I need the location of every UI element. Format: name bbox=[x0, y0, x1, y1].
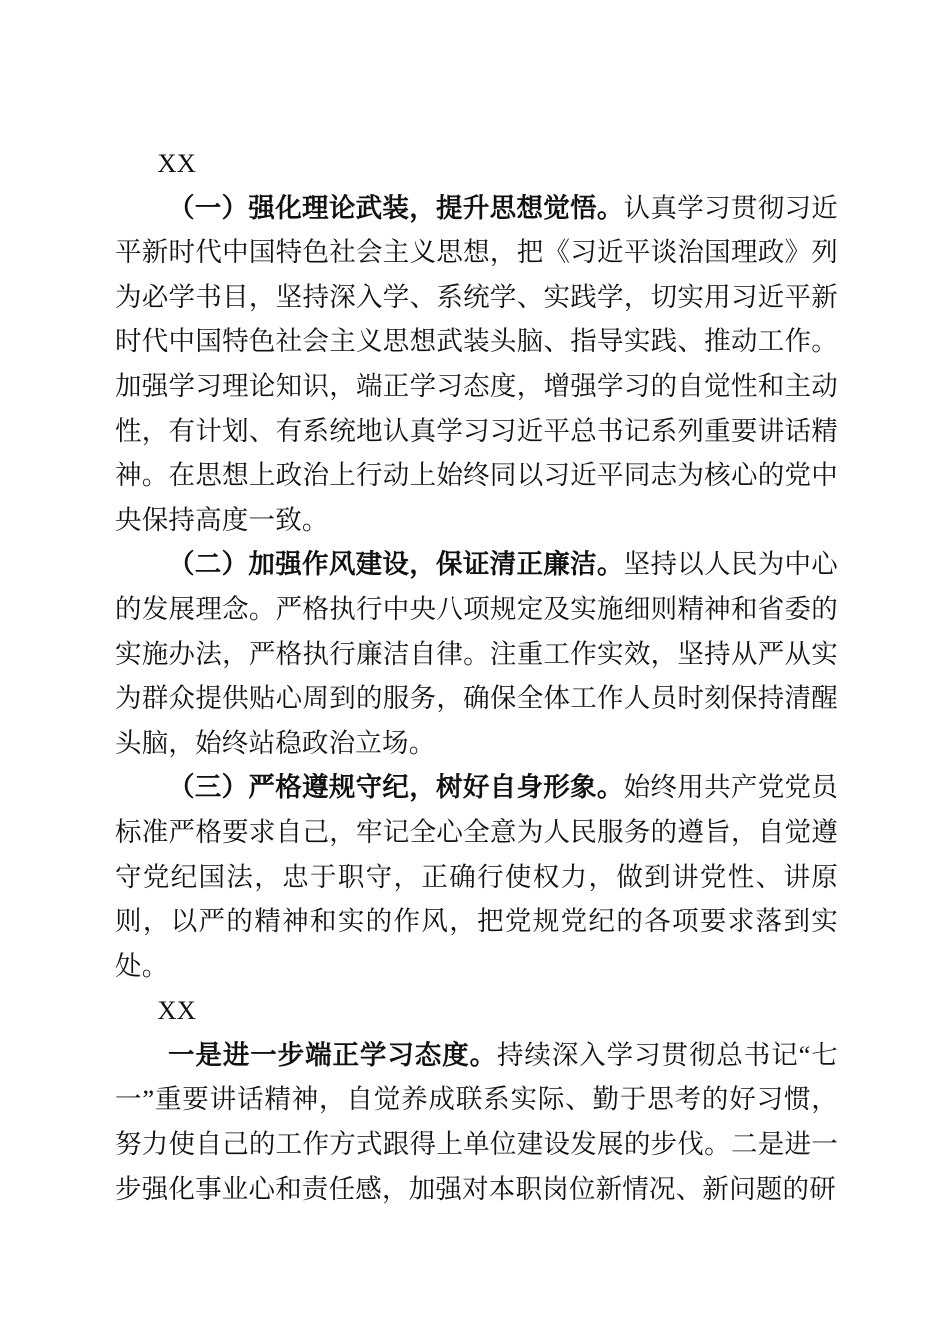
paragraph-lead: 一是进一步端正学习态度。 bbox=[168, 1040, 497, 1070]
paragraph-text: 坚持以人民为中心的发展理念。严格执行中央八项规定及实施细则精神和省委的实施办法，… bbox=[115, 549, 838, 757]
paragraph-section-1: （一）强化理论武装，提升思想觉悟。认真学习贯彻习近平新时代中国特色社会主义思想，… bbox=[115, 186, 838, 543]
document-page: XX （一）强化理论武装，提升思想觉悟。认真学习贯彻习近平新时代中国特色社会主义… bbox=[0, 0, 950, 1344]
paragraph-section-2: （二）加强作风建设，保证清正廉洁。坚持以人民为中心的发展理念。严格执行中央八项规… bbox=[115, 542, 838, 765]
document-text-block: XX （一）强化理论武装，提升思想觉悟。认真学习贯彻习近平新时代中国特色社会主义… bbox=[115, 141, 838, 1211]
paragraph-text: 始终用共产党党员标准严格要求自己，牢记全心全意为人民服务的遵旨，自觉遵守党纪国法… bbox=[115, 772, 838, 980]
paragraph-lead: （二）加强作风建设，保证清正廉洁。 bbox=[168, 549, 624, 579]
paragraph-lead: （一）强化理论武装，提升思想觉悟。 bbox=[168, 193, 624, 223]
paragraph-text: 认真学习贯彻习近平新时代中国特色社会主义思想，把《习近平谈治国理政》列为必学书目… bbox=[115, 193, 838, 535]
paragraph-placeholder-xx-2: XX bbox=[115, 988, 838, 1033]
paragraph-lead: （三）严格遵规守纪，树好自身形象。 bbox=[168, 772, 624, 802]
paragraph-section-4: 一是进一步端正学习态度。持续深入学习贯彻总书记“七一”重要讲话精神，自觉养成联系… bbox=[115, 1033, 838, 1211]
paragraph-section-3: （三）严格遵规守纪，树好自身形象。始终用共产党党员标准严格要求自己，牢记全心全意… bbox=[115, 765, 838, 988]
paragraph-placeholder-xx-1: XX bbox=[115, 141, 838, 186]
paragraph-text: XX bbox=[157, 148, 196, 178]
paragraph-text: XX bbox=[157, 995, 196, 1025]
